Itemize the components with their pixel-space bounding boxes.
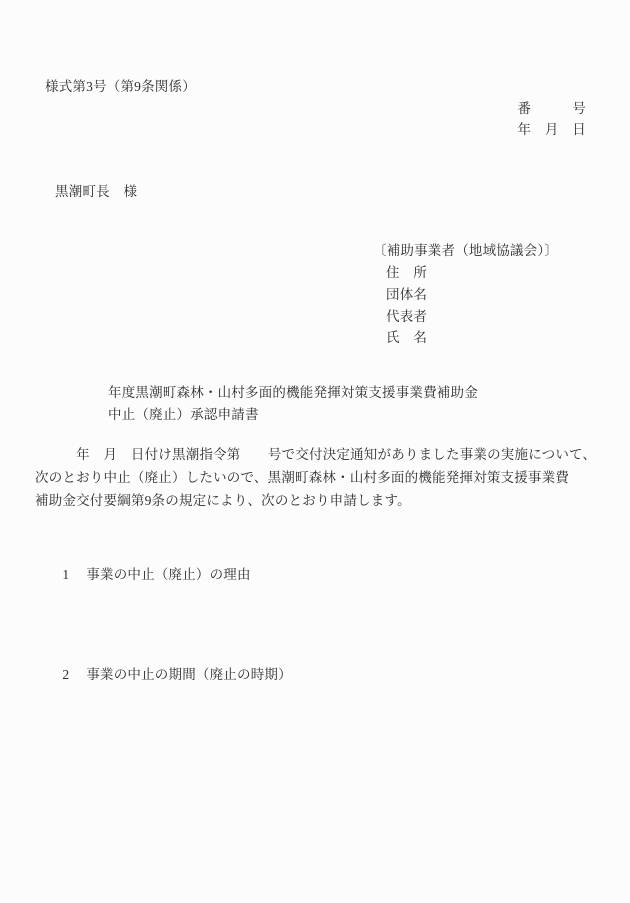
item-2-number: 2 — [62, 667, 86, 682]
title-line-2: 中止（廃止）承認申請書 — [108, 407, 259, 422]
document-page: 様式第3号（第9条関係） 番 号 年 月 日 黒潮町長 様 〔補助事業者（地域協… — [0, 0, 630, 903]
applicant-field-organization: 団体名 — [386, 287, 427, 302]
form-number: 様式第3号（第9条関係） — [45, 79, 196, 94]
item-2-label: 事業の中止の期間（廃止の時期） — [86, 667, 292, 682]
item-1-label: 事業の中止（廃止）の理由 — [86, 567, 250, 582]
document-date-line: 年 月 日 — [518, 122, 587, 137]
applicant-field-representative: 代表者 — [386, 309, 427, 324]
document-number-line: 番 号 — [518, 101, 587, 116]
item-1-number: 1 — [62, 567, 86, 582]
title-line-1: 年度黒潮町森林・山村多面的機能発揮対策支援事業費補助金 — [108, 385, 478, 400]
body-line-3: 補助金交付要綱第9条の規定により、次のとおり申請します。 — [35, 493, 411, 508]
applicant-field-address: 住 所 — [386, 265, 427, 280]
item-2: 2事業の中止の期間（廃止の時期） — [48, 652, 292, 697]
recipient-line: 黒潮町長 様 — [55, 184, 137, 199]
body-line-1: 年 月 日付け黒潮指令第 号で交付決定通知がありました事業の実施について、 — [35, 447, 596, 462]
applicant-field-name: 氏 名 — [386, 330, 427, 345]
item-1: 1事業の中止（廃止）の理由 — [48, 552, 251, 597]
applicant-header: 〔補助事業者（地域協議会）〕 — [373, 243, 558, 258]
body-line-2: 次のとおり中止（廃止）したいので、黒潮町森林・山村多面的機能発揮対策支援事業費 — [35, 470, 569, 485]
